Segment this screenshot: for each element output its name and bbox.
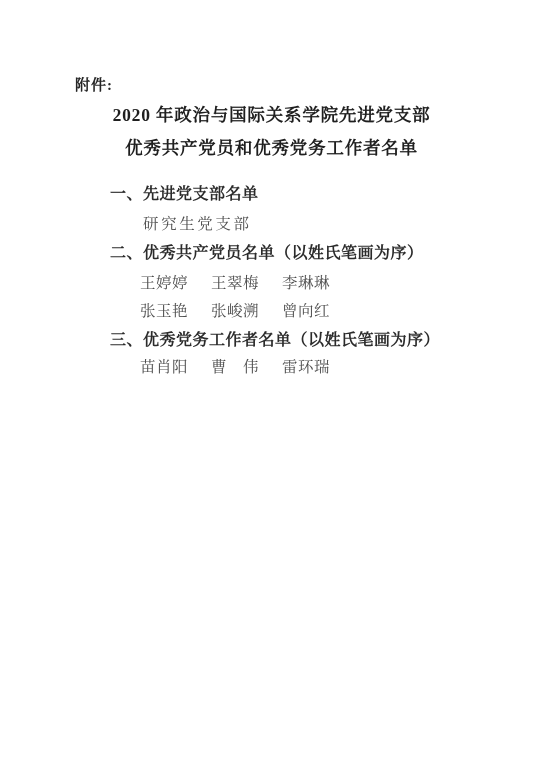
member-names-row-1: 王婷婷 王翠梅 李琳琳 [140,276,330,292]
worker-name: 苗肖阳 [140,360,188,376]
section-2-marker: 二、 [110,246,143,262]
member-name: 张峻溯 [211,304,259,320]
worker-names-row: 苗肖阳 曹 伟 雷环瑞 [140,360,330,376]
section-3-marker: 三、 [110,333,143,349]
worker-name: 曹 伟 [211,360,259,376]
section-1-heading: 一、 先进党支部名单 [110,187,259,203]
section-1-marker: 一、 [110,187,143,203]
document-title-line1: 2020 年政治与国际关系学院先进党支部 [0,107,543,125]
section-2-label: 优秀共产党员名单（以姓氏笔画为序） [143,246,424,262]
attachment-label: 附件: [75,79,113,94]
document-page: 附件: 2020 年政治与国际关系学院先进党支部 优秀共产党员和优秀党务工作者名… [0,0,543,768]
member-name: 王翠梅 [211,276,259,292]
document-title-line2: 优秀共产党员和优秀党务工作者名单 [0,140,543,158]
member-name: 曾向红 [282,304,330,320]
section-3-heading: 三、 优秀党务工作者名单（以姓氏笔画为序） [110,333,440,349]
advanced-party-branch-name: 研究生党支部 [143,217,252,233]
section-2-heading: 二、 优秀共产党员名单（以姓氏笔画为序） [110,246,424,262]
section-1-label: 先进党支部名单 [143,187,259,203]
member-name: 张玉艳 [140,304,188,320]
member-name: 王婷婷 [140,276,188,292]
member-names-row-2: 张玉艳 张峻溯 曾向红 [140,304,330,320]
member-name: 李琳琳 [282,276,330,292]
section-3-label: 优秀党务工作者名单（以姓氏笔画为序） [143,333,440,349]
worker-name: 雷环瑞 [282,360,330,376]
